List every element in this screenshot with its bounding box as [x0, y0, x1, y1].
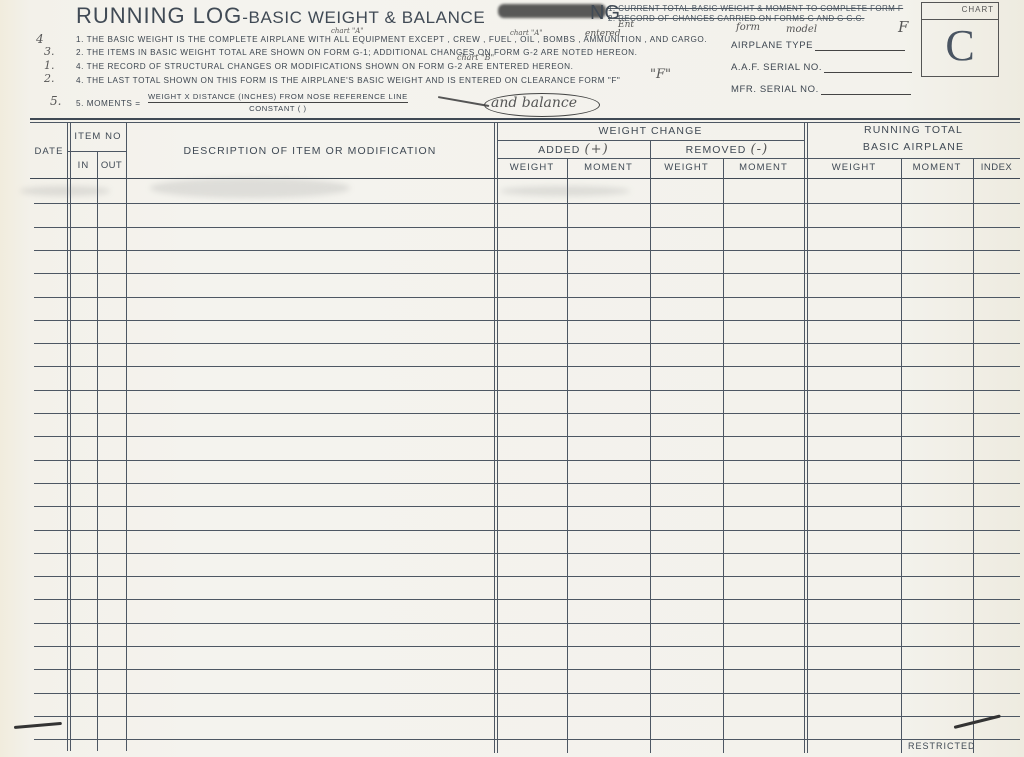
classification-label: RESTRICTED	[908, 741, 976, 751]
in-out-divider	[97, 151, 98, 751]
airplane-type-label: AIRPLANE TYPE	[731, 40, 813, 51]
col-header-total-weight: WEIGHT	[807, 162, 901, 173]
desc-col-border-2	[497, 123, 498, 753]
handwritten-f-quote: "F"	[650, 67, 671, 82]
handwritten-and-balance-oval: and balance	[484, 93, 600, 117]
airplane-type-input[interactable]	[815, 50, 905, 51]
col-header-index: INDEX	[973, 162, 1020, 173]
header-bottom-border	[30, 178, 1020, 179]
col-header-removed: REMOVED (-)	[650, 142, 804, 157]
col-header-basic-airplane: BASIC AIRPLANE	[807, 141, 1020, 153]
struck-instruction-1: 1. CURRENT TOTAL BASIC WEIGHT & MOMENT T…	[608, 4, 903, 13]
table-row[interactable]	[34, 227, 1020, 228]
col-header-removed-moment: MOMENT	[723, 162, 804, 173]
table-row[interactable]	[34, 343, 1020, 344]
table-row[interactable]	[34, 436, 1020, 437]
pencil-smudge	[500, 186, 630, 196]
col-header-in: IN	[70, 160, 97, 171]
mfr-serial-input[interactable]	[821, 94, 911, 95]
formula-denominator: CONSTANT ( )	[148, 104, 408, 113]
total-weight-moment-split	[901, 158, 902, 753]
pencil-mark-left	[14, 722, 62, 729]
desc-col-border	[494, 123, 495, 753]
table-row[interactable]	[34, 413, 1020, 414]
form-sheet: RUNNING LOG-BASIC WEIGHT & BALANCE NG 1.…	[0, 0, 1024, 757]
instruction-line: 1. THE BASIC WEIGHT IS THE COMPLETE AIRP…	[76, 35, 707, 44]
table-row[interactable]	[34, 250, 1020, 251]
table-row[interactable]	[34, 390, 1020, 391]
pencil-smudge	[150, 178, 350, 198]
change-total-border-2	[807, 123, 808, 753]
table-row[interactable]	[34, 297, 1020, 298]
subheader-divider	[497, 158, 1020, 159]
col-header-running-total: RUNNING TOTAL	[807, 124, 1020, 136]
table-row[interactable]	[34, 599, 1020, 600]
table-top-border-inner	[30, 122, 1020, 123]
col-header-added: ADDED (+)	[497, 142, 650, 157]
title-sub: -BASIC WEIGHT & BALANCE	[242, 8, 485, 27]
col-header-out: OUT	[97, 160, 126, 171]
col-header-weight-change: WEIGHT CHANGE	[497, 125, 804, 137]
margin-number: 3.	[44, 45, 55, 58]
added-split	[567, 158, 568, 753]
pencil-arrow-mark	[438, 96, 490, 107]
minus-sign: (-)	[750, 142, 768, 157]
instruction-line: 4. THE LAST TOTAL SHOWN ON THIS FORM IS …	[76, 76, 620, 85]
pencil-smudge	[20, 186, 110, 196]
table-row[interactable]	[34, 553, 1020, 554]
handwritten-f: F	[898, 18, 908, 36]
margin-number: 2.	[44, 72, 55, 85]
aaf-serial-field[interactable]: A.A.F. SERIAL NO.	[731, 62, 912, 73]
chart-identifier-box: CHART C	[921, 2, 999, 77]
margin-number: 5.	[50, 94, 61, 108]
removed-split	[723, 158, 724, 753]
chart-letter: C	[922, 20, 998, 72]
col-header-item-no: ITEM NO	[70, 131, 126, 142]
table-row[interactable]	[34, 506, 1020, 507]
col-header-total-moment: MOMENT	[901, 162, 973, 173]
table-row[interactable]	[34, 623, 1020, 624]
table-row[interactable]	[34, 669, 1020, 670]
table-top-border	[30, 118, 1020, 120]
col-header-added-weight: WEIGHT	[497, 162, 567, 173]
aaf-serial-input[interactable]	[824, 72, 912, 73]
removed-label: REMOVED	[686, 144, 747, 156]
plus-sign: (+)	[584, 142, 608, 157]
moments-formula: WEIGHT X DISTANCE (INCHES) FROM NOSE REF…	[148, 92, 408, 113]
mfr-serial-field[interactable]: MFR. SERIAL NO.	[731, 84, 911, 95]
margin-number: 4	[36, 32, 44, 46]
table-row[interactable]	[34, 646, 1020, 647]
table-row[interactable]	[34, 576, 1020, 577]
col-header-added-moment: MOMENT	[567, 162, 650, 173]
moment-index-split	[973, 158, 974, 753]
title-main: RUNNING LOG	[76, 3, 242, 28]
col-header-date: DATE	[30, 146, 68, 157]
col-header-description: DESCRIPTION OF ITEM OR MODIFICATION	[126, 145, 494, 157]
form-title: RUNNING LOG-BASIC WEIGHT & BALANCE	[76, 3, 485, 29]
table-row[interactable]	[34, 693, 1020, 694]
chart-label: CHART	[922, 3, 998, 20]
table-row[interactable]	[34, 716, 1020, 717]
table-row[interactable]	[34, 460, 1020, 461]
instruction-line: 5. MOMENTS =	[76, 99, 141, 108]
added-label: ADDED	[538, 144, 580, 156]
table-row[interactable]	[34, 483, 1020, 484]
col-header-removed-weight: WEIGHT	[650, 162, 723, 173]
table-row[interactable]	[34, 320, 1020, 321]
table-row[interactable]	[34, 203, 1020, 204]
margin-number: 1.	[44, 59, 55, 72]
aaf-serial-label: A.A.F. SERIAL NO.	[731, 62, 822, 73]
table-row[interactable]	[34, 739, 1020, 740]
handwritten-form: form	[736, 22, 760, 33]
formula-numerator: WEIGHT X DISTANCE (INCHES) FROM NOSE REF…	[148, 92, 408, 103]
added-removed-border	[650, 140, 651, 753]
handwritten-chart-a: chart "A"	[331, 27, 363, 35]
mfr-serial-label: MFR. SERIAL NO.	[731, 84, 819, 95]
airplane-type-field[interactable]: AIRPLANE TYPE	[731, 40, 905, 51]
handwritten-and-balance: and balance	[491, 95, 577, 111]
change-total-border	[804, 123, 805, 753]
table-row[interactable]	[34, 273, 1020, 274]
table-row[interactable]	[34, 366, 1020, 367]
table-row[interactable]	[34, 530, 1020, 531]
handwritten-model: model	[786, 24, 817, 35]
instruction-line: 2. THE ITEMS IN BASIC WEIGHT TOTAL ARE S…	[76, 48, 637, 57]
instruction-line: 4. THE RECORD OF STRUCTURAL CHANGES OR M…	[76, 62, 573, 71]
